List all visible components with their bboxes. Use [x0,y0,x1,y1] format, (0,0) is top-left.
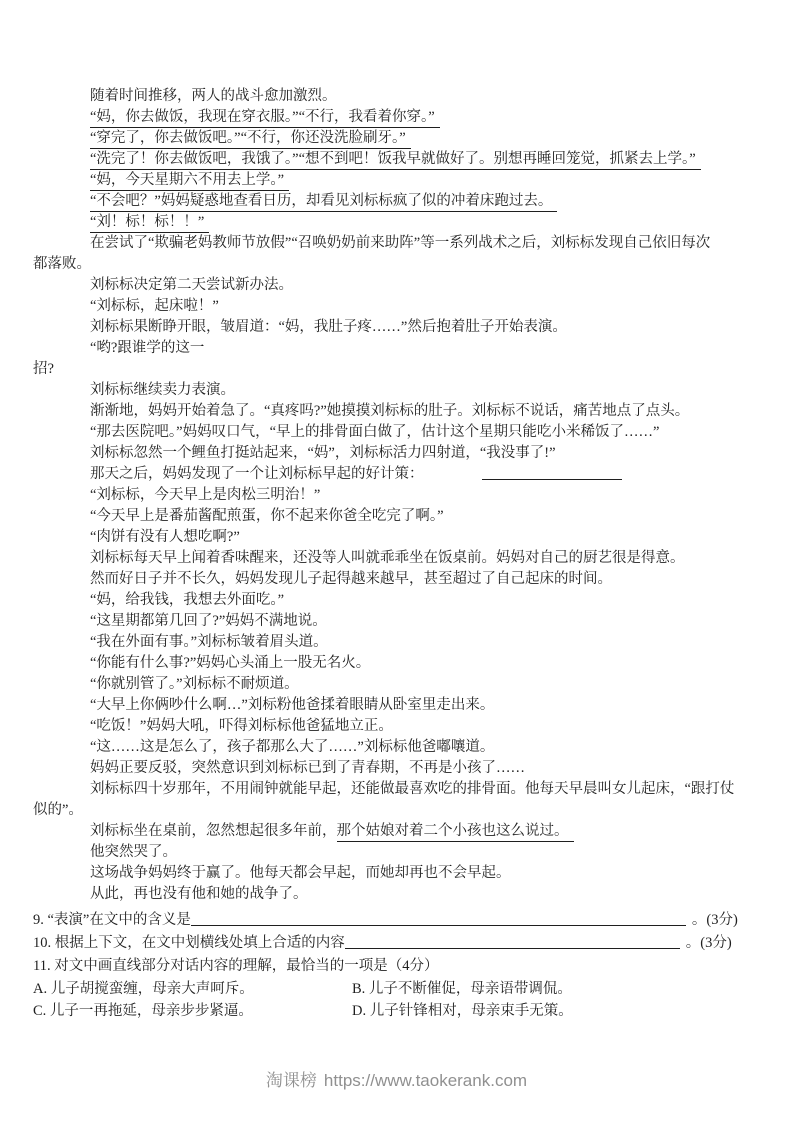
text-line: 这场战争妈妈终于赢了。他每天都会早起，而她却再也不会早起。 [33,863,760,884]
text-line: “你能有什么事?”妈妈心头涌上一股无名火。 [33,653,760,674]
text-line: “不会吧？”妈妈疑惑地查看日历，却看见刘标标疯了似的冲着床跑过去。 [33,191,760,212]
text-segment: 似的”。 [33,802,83,818]
text-segment: 他突然哭了。 [90,844,177,860]
page-footer: 淘课榜https://www.taokerank.com [0,1066,793,1091]
text-segment: 。(3分) [686,935,732,951]
text-line: “我在外面有事。”刘标标皱着眉头道。 [33,632,760,653]
document-body: 随着时间推移，两人的战斗愈加激烈。“妈，你去做饭，我现在穿衣服。”“不行，我看着… [33,86,760,1023]
text-line: 刘标标坐在桌前，忽然想起很多年前，那个姑娘对着二个小孩也这么说过。 [33,821,760,842]
text-segment: 然而好日子并不长久，妈妈发现儿子起得越来越早，甚至超过了自己起床的时间。 [90,571,612,587]
text-segment: 随着时间推移，两人的战斗愈加激烈。 [90,88,337,104]
text-segment: “这星期都第几回了?”妈妈不满地说。 [90,613,327,629]
text-segment: 妈妈正要反驳，突然意识到刘标标已到了青春期，不再是小孩了…… [90,760,525,776]
answer-blank [345,934,680,949]
option-item: C. 儿子一再拖延，母亲步步紧逼。 [33,1001,352,1023]
text-line: “妈，你去做饭，我现在穿衣服。”“不行，我看着你穿。” [33,107,760,128]
text-segment: 9. “表演”在文中的含义是 [33,912,191,928]
text-segment: 这场战争妈妈终于赢了。他每天都会早起，而她却再也不会早起。 [90,865,511,881]
text-segment: “大早上你俩吵什么啊…”刘标粉他爸揉着眼睛从卧室里走出来。 [90,697,494,713]
text-segment: 都落败。 [33,256,91,272]
text-segment: 渐渐地，妈妈开始着急了。“真疼吗?”她摸摸刘标标的肚子。刘标标不说话，痛苦地点了… [90,403,689,419]
text-segment: 在尝试了“欺骗老妈教师节放假”“召唤奶奶前来助阵”等一系列战术之后，刘标标发现自… [90,235,710,251]
underlined-text: “刘！标！标！！” [90,214,209,233]
text-line: “妈，给我钱，我想去外面吃。” [33,590,760,611]
text-segment: 刘标标坐在桌前，忽然想起很多年前， [90,823,337,839]
underlined-text: “妈，你去做饭，我现在穿衣服。”“不行，我看着你穿。” [90,109,440,128]
option-item: A. 儿子胡搅蛮缠，母亲大声呵斥。 [33,979,352,1001]
text-line: “大早上你俩吵什么啊…”刘标粉他爸揉着眼睛从卧室里走出来。 [33,695,760,716]
text-segment: 刘标标决定第二天尝试新办法。 [90,277,293,293]
option-row: C. 儿子一再拖延，母亲步步紧逼。D. 儿子针锋相对，母亲束手无策。 [33,1001,760,1023]
text-line: 在尝试了“欺骗老妈教师节放假”“召唤奶奶前来助阵”等一系列战术之后，刘标标发现自… [33,233,760,254]
underlined-text: “妈，今天星期六不用去上学。” [90,172,289,191]
text-line: “这……这是怎么了，孩子都那么大了……”刘标标他爸嘟嚷道。 [33,737,760,758]
text-line: “肉饼有没有人想吃啊?” [33,527,760,548]
question-line: 10. 根据上下文，在文中划横线处填上合适的内容。(3分) [33,933,760,956]
text-line: 刘标标每天早上闻着香味醒来，还没等人叫就乖乖坐在饭桌前。妈妈对自己的厨艺很是得意… [33,548,760,569]
text-line: “穿完了，你去做饭吧。”“不行，你还没洗脸刷牙。” [33,128,760,149]
text-line: 刘标标果断睁开眼，皱眉道：“妈，我肚子疼……”然后抱着肚子开始表演。 [33,317,760,338]
underlined-text: “不会吧？”妈妈疑惑地查看日历，却看见刘标标疯了似的冲着床跑过去。 [90,193,557,212]
text-segment: 10. 根据上下文，在文中划横线处填上合适的内容 [33,935,345,951]
text-line: 刘标标四十岁那年，不用闹钟就能早起，还能做最喜欢吃的排骨面。他每天早晨叫女儿起床… [33,779,760,800]
text-segment: 。(3分) [692,912,738,928]
text-line: 随着时间推移，两人的战斗愈加激烈。 [33,86,760,107]
text-segment: “你就别管了。”刘标标不耐烦道。 [90,676,299,692]
footer-site-name: 淘课榜 [266,1071,317,1090]
text-line: “哟?跟谁学的这一 [33,338,760,359]
text-segment: “今天早上是番茄酱配煎蛋，你不起来你爸全吃完了啊。” [90,508,444,524]
text-line: 渐渐地，妈妈开始着急了。“真疼吗?”她摸摸刘标标的肚子。刘标标不说话，痛苦地点了… [33,401,760,422]
text-line: “那去医院吧。”妈妈叹口气，“早上的排骨面白做了，估计这个星期只能吃小米稀饭了…… [33,422,760,443]
question-line: 9. “表演”在文中的含义是。(3分) [33,910,760,933]
text-line: 然而好日子并不长久，妈妈发现儿子起得越来越早，甚至超过了自己起床的时间。 [33,569,760,590]
underlined-text: “穿完了，你去做饭吧。”“不行，你还没洗脸刷牙。” [90,130,411,149]
text-segment: “吃饭！”妈妈大吼，吓得刘标标他爸猛地立正。 [90,718,393,734]
text-segment: 那天之后，妈妈发现了一个让刘标标早起的好计策： [90,466,424,482]
text-line: “洗完了！你去做饭吧，我饿了。”“想不到吧！饭我早就做好了。别想再睡回笼觉，抓紧… [33,149,760,170]
questions-section: 9. “表演”在文中的含义是。(3分)10. 根据上下文，在文中划横线处填上合适… [33,910,760,979]
text-segment: “我在外面有事。”刘标标皱着眉头道。 [90,634,328,650]
text-line: 那天之后，妈妈发现了一个让刘标标早起的好计策： [33,464,760,485]
text-line: “吃饭！”妈妈大吼，吓得刘标标他爸猛地立正。 [33,716,760,737]
text-segment: 招? [33,361,54,377]
option-item: D. 儿子针锋相对，母亲束手无策。 [352,1001,573,1023]
text-segment: “刘标标，今天早上是肉松三明治！” [90,487,320,503]
text-line: “刘标标，起床啦！” [33,296,760,317]
text-segment: “妈，给我钱，我想去外面吃。” [90,592,284,608]
text-line: 招? [33,359,760,380]
text-line: “这星期都第几回了?”妈妈不满地说。 [33,611,760,632]
text-segment: “这……这是怎么了，孩子都那么大了……”刘标标他爸嘟嚷道。 [90,739,494,755]
underlined-text: “洗完了！你去做饭吧，我饿了。”“想不到吧！饭我早就做好了。别想再睡回笼觉，抓紧… [90,151,701,170]
text-line: 从此，再也没有他和她的战争了。 [33,884,760,905]
underlined-text: 那个姑娘对着二个小孩也这么说过。 [337,823,574,842]
text-segment: 刘标标继续卖力表演。 [90,382,235,398]
text-line: 刘标标继续卖力表演。 [33,380,760,401]
text-segment: “肉饼有没有人想吃啊?” [90,529,240,545]
text-segment: 刘标标果断睁开眼，皱眉道：“妈，我肚子疼……”然后抱着肚子开始表演。 [90,319,567,335]
text-line: 都落败。 [33,254,760,275]
text-segment: “你能有什么事?”妈妈心头涌上一股无名火。 [90,655,370,671]
footer-url: https://www.taokerank.com [324,1071,527,1090]
document-page: 随着时间推移，两人的战斗愈加激烈。“妈，你去做饭，我现在穿衣服。”“不行，我看着… [0,0,793,1122]
text-line: “今天早上是番茄酱配煎蛋，你不起来你爸全吃完了啊。” [33,506,760,527]
story-text: 随着时间推移，两人的战斗愈加激烈。“妈，你去做饭，我现在穿衣服。”“不行，我看着… [33,86,760,905]
option-row: A. 儿子胡搅蛮缠，母亲大声呵斥。B. 儿子不断催促，母亲语带调侃。 [33,979,760,1001]
text-line: “妈，今天星期六不用去上学。” [33,170,760,191]
text-line: 妈妈正要反驳，突然意识到刘标标已到了青春期，不再是小孩了…… [33,758,760,779]
text-line: 他突然哭了。 [33,842,760,863]
options-grid: A. 儿子胡搅蛮缠，母亲大声呵斥。B. 儿子不断催促，母亲语带调侃。C. 儿子一… [33,979,760,1023]
answer-blank [482,465,622,480]
text-segment: 刘标标每天早上闻着香味醒来，还没等人叫就乖乖坐在饭桌前。妈妈对自己的厨艺很是得意… [90,550,685,566]
answer-blank [191,911,686,926]
option-item: B. 儿子不断催促，母亲语带调侃。 [352,979,572,1001]
question-line: 11. 对文中画直线部分对话内容的理解，最恰当的一项是（4分） [33,956,760,979]
text-segment: 11. 对文中画直线部分对话内容的理解，最恰当的一项是（4分） [33,958,438,974]
text-segment: 刘标标忽然一个鲤鱼打挺站起来，“妈”，刘标标活力四射道，“我没事了!” [90,445,556,461]
text-segment: “那去医院吧。”妈妈叹口气，“早上的排骨面白做了，估计这个星期只能吃小米稀饭了…… [90,424,660,440]
text-segment: 从此，再也没有他和她的战争了。 [90,886,308,902]
text-line: 似的”。 [33,800,760,821]
text-line: “刘！标！标！！” [33,212,760,233]
text-segment: “刘标标，起床啦！” [90,298,219,314]
text-line: 刘标标决定第二天尝试新办法。 [33,275,760,296]
text-segment: “哟?跟谁学的这一 [90,340,204,356]
text-line: “刘标标，今天早上是肉松三明治！” [33,485,760,506]
text-line: 刘标标忽然一个鲤鱼打挺站起来，“妈”，刘标标活力四射道，“我没事了!” [33,443,760,464]
text-segment: 刘标标四十岁那年，不用闹钟就能早起，还能做最喜欢吃的排骨面。他每天早晨叫女儿起床… [90,781,734,797]
text-line: “你就别管了。”刘标标不耐烦道。 [33,674,760,695]
